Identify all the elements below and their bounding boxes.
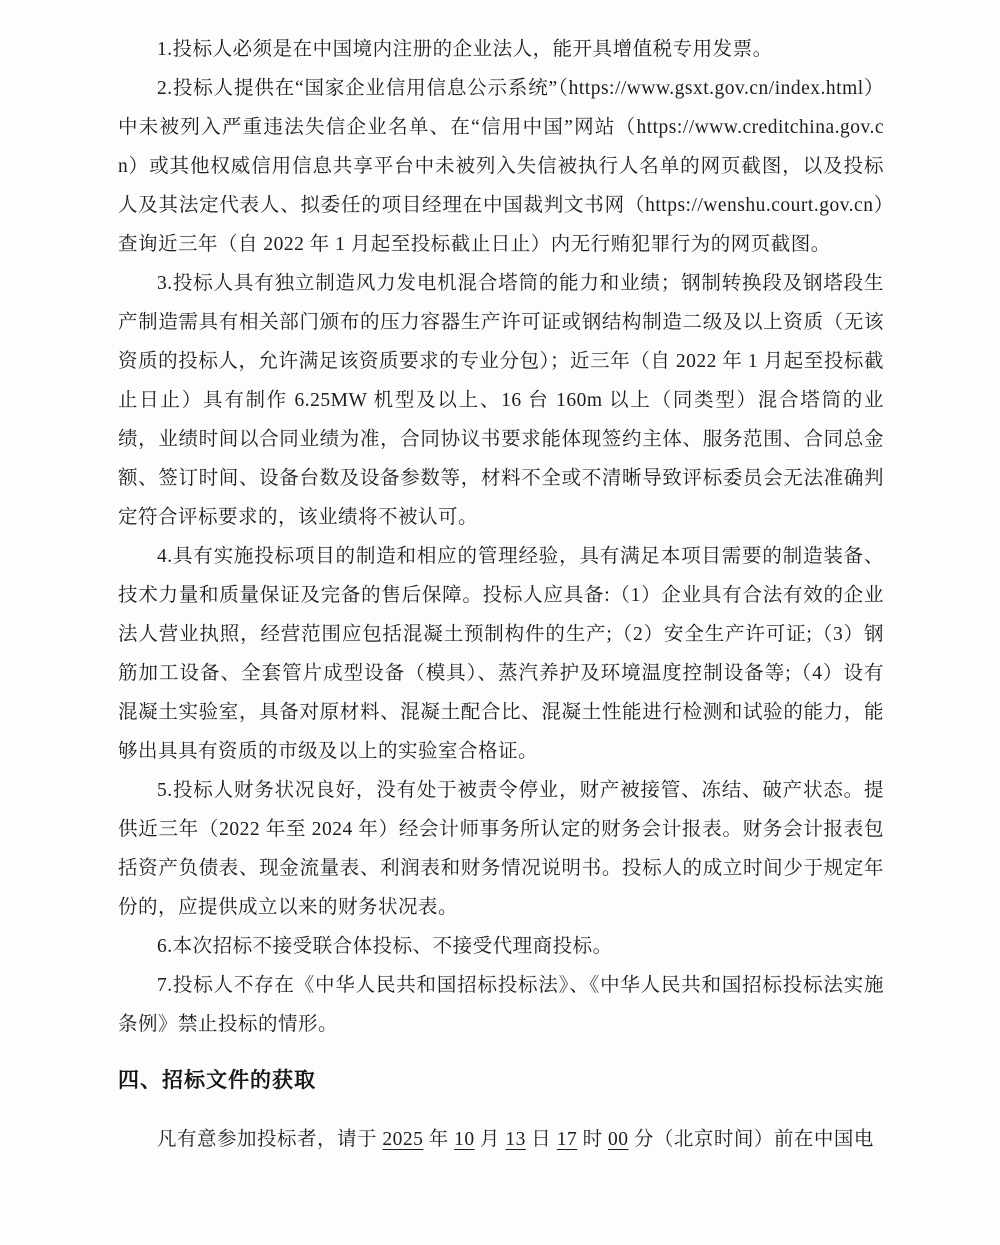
requirement-item-4: 4.具有实施投标项目的制造和相应的管理经验，具有满足本项目需要的制造装备、技术力… bbox=[118, 537, 884, 771]
closing-text-segment: 时 bbox=[577, 1129, 608, 1150]
closing-paragraph: 凡有意参加投标者，请于 2025 年 10 月 13 日 17 时 00 分（北… bbox=[118, 1120, 884, 1159]
closing-text-segment: 分（北京时间）前在中国电 bbox=[628, 1129, 873, 1150]
requirement-item-6: 6.本次招标不接受联合体投标、不接受代理商投标。 bbox=[118, 927, 884, 966]
closing-text-segment: 年 bbox=[423, 1129, 454, 1150]
requirement-item-2: 2.投标人提供在“国家企业信用信息公示系统”（https://www.gsxt.… bbox=[118, 69, 884, 264]
requirement-item-1: 1.投标人必须是在中国境内注册的企业法人，能开具增值税专用发票。 bbox=[118, 30, 884, 69]
closing-text-segment: 月 bbox=[475, 1129, 506, 1150]
requirement-item-3: 3.投标人具有独立制造风力发电机混合塔筒的能力和业绩；钢制转换段及钢塔段生产制造… bbox=[118, 264, 884, 537]
blank-filled-value: 2025 bbox=[382, 1129, 423, 1150]
blank-filled-value: 00 bbox=[608, 1129, 629, 1150]
blank-filled-value: 10 bbox=[454, 1129, 475, 1150]
bidder-requirements-list: 1.投标人必须是在中国境内注册的企业法人，能开具增值税专用发票。 2.投标人提供… bbox=[118, 30, 884, 1044]
requirement-item-7: 7.投标人不存在《中华人民共和国招标投标法》、《中华人民共和国招标投标法实施条例… bbox=[118, 966, 884, 1044]
requirement-item-5: 5.投标人财务状况良好，没有处于被责令停业，财产被接管、冻结、破产状态。提供近三… bbox=[118, 771, 884, 927]
blank-filled-value: 13 bbox=[505, 1129, 526, 1150]
document-page: 1.投标人必须是在中国境内注册的企业法人，能开具增值税专用发票。 2.投标人提供… bbox=[0, 0, 1000, 1245]
closing-text-segment: 凡有意参加投标者，请于 bbox=[157, 1129, 382, 1150]
section-heading-document-acquisition: 四、招标文件的获取 bbox=[118, 1066, 884, 1096]
closing-text-segment: 日 bbox=[526, 1129, 557, 1150]
blank-filled-value: 17 bbox=[557, 1129, 578, 1150]
